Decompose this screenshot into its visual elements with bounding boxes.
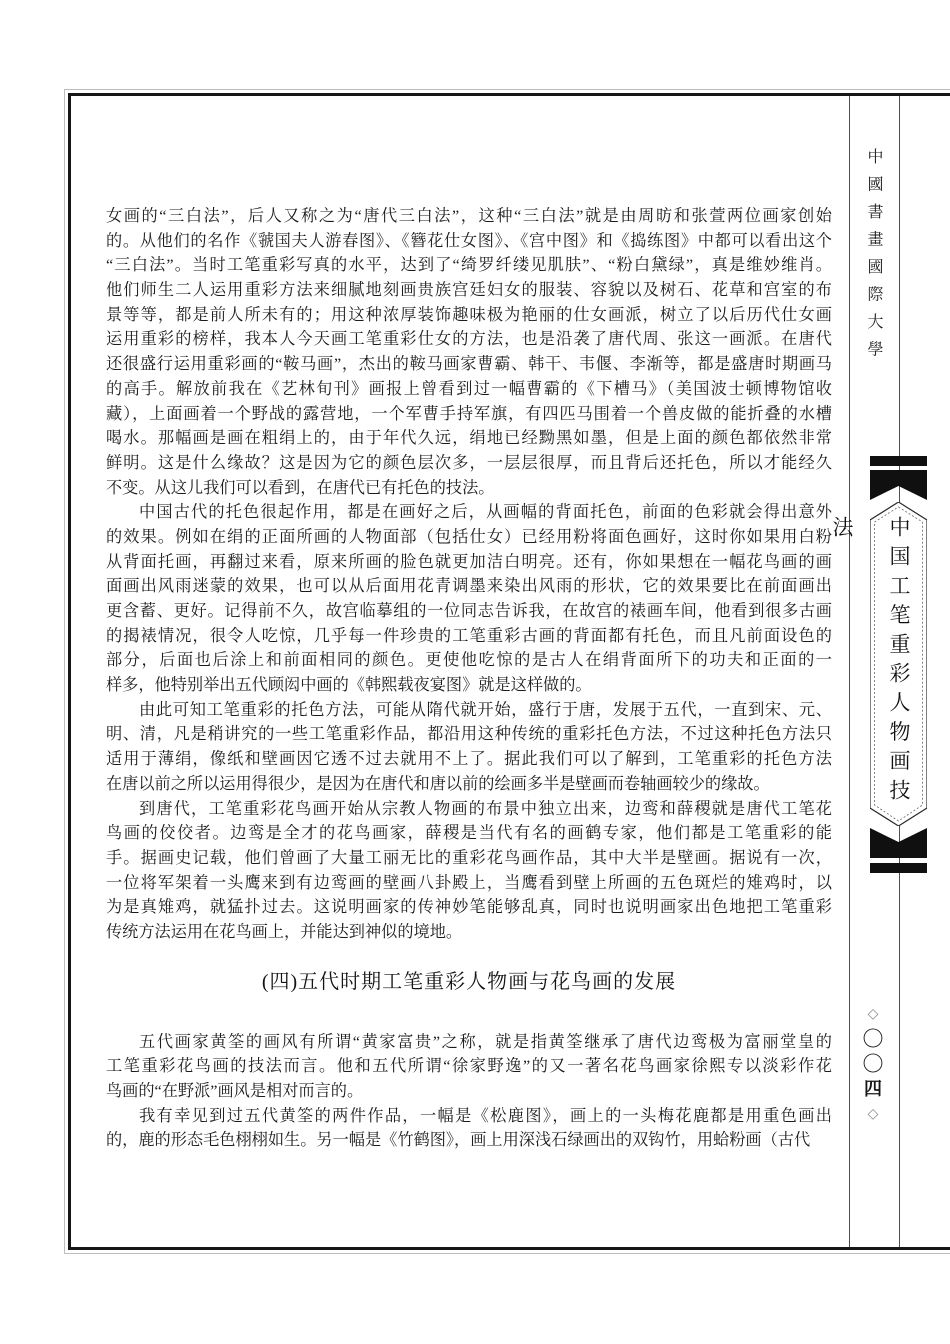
text-line: 到唐代，工笔重彩花鸟画开始从宗教人物画的布景中独立出来，边鸾和薛稷就是唐代工笔花 bbox=[106, 797, 832, 822]
diamond-ornament-icon: ◇ bbox=[868, 1002, 879, 1027]
text-line: 中国古代的托色很起作用，都是在画好之后，从画幅的背面托色，前面的色彩就会得出意外 bbox=[106, 500, 832, 525]
page-number-digit: 〇 bbox=[863, 1027, 884, 1052]
main-text-column: 女画的“三白法”，后人又称之为“唐代三白法”，这种“三白法”就是由周昉和张萱两位… bbox=[106, 204, 832, 1153]
text-line: 他们师生二人运用重彩方法来细腻地刻画贵族宫廷妇女的服装、容貌以及树石、花草和宫室… bbox=[106, 278, 832, 303]
text-line: 还很盛行运用重彩画的“鞍马画”，杰出的鞍马画家曹霸、韩干、韦偃、李渐等，都是盛唐… bbox=[106, 352, 832, 377]
text-line: 女画的“三白法”，后人又称之为“唐代三白法”，这种“三白法”就是由周昉和张萱两位… bbox=[106, 204, 832, 229]
paragraph: 到唐代，工笔重彩花鸟画开始从宗教人物画的布景中独立出来，边鸾和薛稷就是唐代工笔花… bbox=[106, 797, 832, 945]
banner-top-ribbon-icon bbox=[870, 470, 927, 500]
text-line: 不变。从这儿我们可以看到，在唐代已有托色的技法。 bbox=[106, 476, 832, 501]
text-line: 鸟画的“在野派”画风是相对而言的。 bbox=[106, 1079, 832, 1104]
text-line: 为是真雉鸡，就猛扑过去。这说明画家的传神妙笔能够乱真，同时也说明画家出色地把工笔… bbox=[106, 895, 832, 920]
paragraph: 由此可知工笔重彩的托色方法，可能从隋代就开始，盛行于唐，发展于五代，一直到宋、元… bbox=[106, 698, 832, 797]
diamond-ornament-icon: ◇ bbox=[868, 1102, 879, 1127]
sidebar-university-title: 中國書畫國際大學 bbox=[856, 148, 890, 388]
paragraph: 中国古代的托色很起作用，都是在画好之后，从画幅的背面托色，前面的色彩就会得出意外… bbox=[106, 500, 832, 698]
page-number: ◇ 〇 〇 四 ◇ bbox=[856, 1002, 890, 1127]
text-line: “三白法”。当时工笔重彩写真的水平，达到了“绮罗纤缕见肌肤”、“粉白黛绿”，真是… bbox=[106, 253, 832, 278]
page-number-digit: 〇 bbox=[863, 1052, 884, 1077]
text-line: 景等等，都是前人所未有的；用这种浓厚装饰趣味极为艳丽的仕女画派，树立了以后历代仕… bbox=[106, 303, 832, 328]
sidebar-divider-left bbox=[849, 96, 850, 1247]
text-line: 更含蓄、更好。记得前不久，故宫临摹组的一位同志告诉我，在故宫的裱画车间，他看到很… bbox=[106, 599, 832, 624]
text-line: 鲜明。这是什么缘故？这是因为它的颜色层次多，一层层很厚，而且背后还托色，所以才能… bbox=[106, 451, 832, 476]
text-line: 的高手。解放前我在《艺林旬刊》画报上曾看到过一幅曹霸的《下槽马》（美国波士顿博物… bbox=[106, 377, 832, 402]
text-line: 的。从他们的名作《虢国夫人游春图》、《簪花仕女图》、《宫中图》和《捣练图》中都可… bbox=[106, 229, 832, 254]
text-line: 鸟画的佼佼者。边鸾是全才的花鸟画家，薛稷是当代有名的画鹤专家，他们都是工笔重彩的… bbox=[106, 821, 832, 846]
banner-bottom-ribbon-icon bbox=[870, 828, 927, 858]
text-line: 部分，后面也后涂上和前面相同的颜色。更使他吃惊的是古人在绢背面所下的功夫和正面的… bbox=[106, 648, 832, 673]
text-line: 传统方法运用在花鸟画上，并能达到神似的境地。 bbox=[106, 920, 832, 945]
text-line: 的效果。例如在绢的正面所画的人物面部（包括仕女）已经用粉将面色画好，这时你如果用… bbox=[106, 525, 832, 550]
text-line: 样多，他特别举出五代顾闳中画的《韩熙载夜宴图》就是这样做的。 bbox=[106, 673, 832, 698]
text-line: 在唐以前之所以运用得很少，是因为在唐代和唐以前的绘画多半是壁画而卷轴画较少的缘故… bbox=[106, 772, 832, 797]
text-line: 的揭裱情况，很令人吃惊，几乎每一件珍贵的工笔重彩古画的背面都有托色，而且凡前面设… bbox=[106, 624, 832, 649]
paragraph: 五代画家黄筌的画风有所谓“黄家富贵”之称，就是指黄筌继承了唐代边鸾极为富丽堂皇的… bbox=[106, 1030, 832, 1104]
banner-top-bar bbox=[870, 456, 927, 466]
book-title-banner-text: 中国工笔重彩人物画技法 bbox=[870, 516, 927, 816]
page-number-digit: 四 bbox=[864, 1077, 882, 1102]
paragraph: 我有幸见到过五代黄筌的两件作品，一幅是《松鹿图》，画上的一头梅花鹿都是用重色画出… bbox=[106, 1104, 832, 1153]
text-line: 从背面托画，再翻过来看，原来所画的脸色就更加洁白明亮。还有，你如果想在一幅花鸟画… bbox=[106, 550, 832, 575]
text-line: 藏），上面画着一个野战的露营地，一个军曹手持军旗，有四匹马围着一个兽皮做的能折叠… bbox=[106, 402, 832, 427]
text-line: 手。据画史记载，他们曾画了大量工丽无比的重彩花鸟画作品，其中大半是壁画。据说有一… bbox=[106, 846, 832, 871]
text-line: 一位将军架着一头鹰来到有边鸾画的壁画八卦殿上，当鹰看到壁上所画的五色斑烂的雉鸡时… bbox=[106, 871, 832, 896]
text-line: 由此可知工笔重彩的托色方法，可能从隋代就开始，盛行于唐，发展于五代，一直到宋、元… bbox=[106, 698, 832, 723]
paragraph: 女画的“三白法”，后人又称之为“唐代三白法”，这种“三白法”就是由周昉和张萱两位… bbox=[106, 204, 832, 500]
text-line: 喝水。那幅画是画在粗绢上的，由于年代久远，绢地已经黝黑如墨，但是上面的颜色都依然… bbox=[106, 426, 832, 451]
text-line: 运用重彩的榜样，我本人今天画工笔重彩仕女的方法，也是沿袭了唐代周、张这一画派。在… bbox=[106, 327, 832, 352]
text-line: 适用于薄绢，像纸和壁画因它透不过去就用不上了。据此我们可以了解到，工笔重彩的托色… bbox=[106, 747, 832, 772]
text-line: 五代画家黄筌的画风有所谓“黄家富贵”之称，就是指黄筌继承了唐代边鸾极为富丽堂皇的 bbox=[106, 1030, 832, 1055]
text-line: 面画出风雨迷蒙的效果，也可以从后面用花青调墨来染出风雨的形状，它的效果要比在前面… bbox=[106, 574, 832, 599]
banner-bottom-bar bbox=[870, 863, 927, 873]
text-line: 工笔重彩花鸟画的技法而言。他和五代所谓“徐家野逸”的又一著名花鸟画家徐熙专以淡彩… bbox=[106, 1054, 832, 1079]
text-line: 明、清，凡是稍讲究的一些工笔重彩作品，都沿用这种传统的重彩托色方法，不过这种托色… bbox=[106, 722, 832, 747]
text-line: 的，鹿的形态毛色栩栩如生。另一幅是《竹鹤图》，画上用深浅石绿画出的双钩竹，用蛤粉… bbox=[106, 1128, 832, 1153]
section-heading: (四)五代时期工笔重彩人物画与花鸟画的发展 bbox=[106, 967, 832, 997]
text-line: 我有幸见到过五代黄筌的两件作品，一幅是《松鹿图》，画上的一头梅花鹿都是用重色画出 bbox=[106, 1104, 832, 1129]
